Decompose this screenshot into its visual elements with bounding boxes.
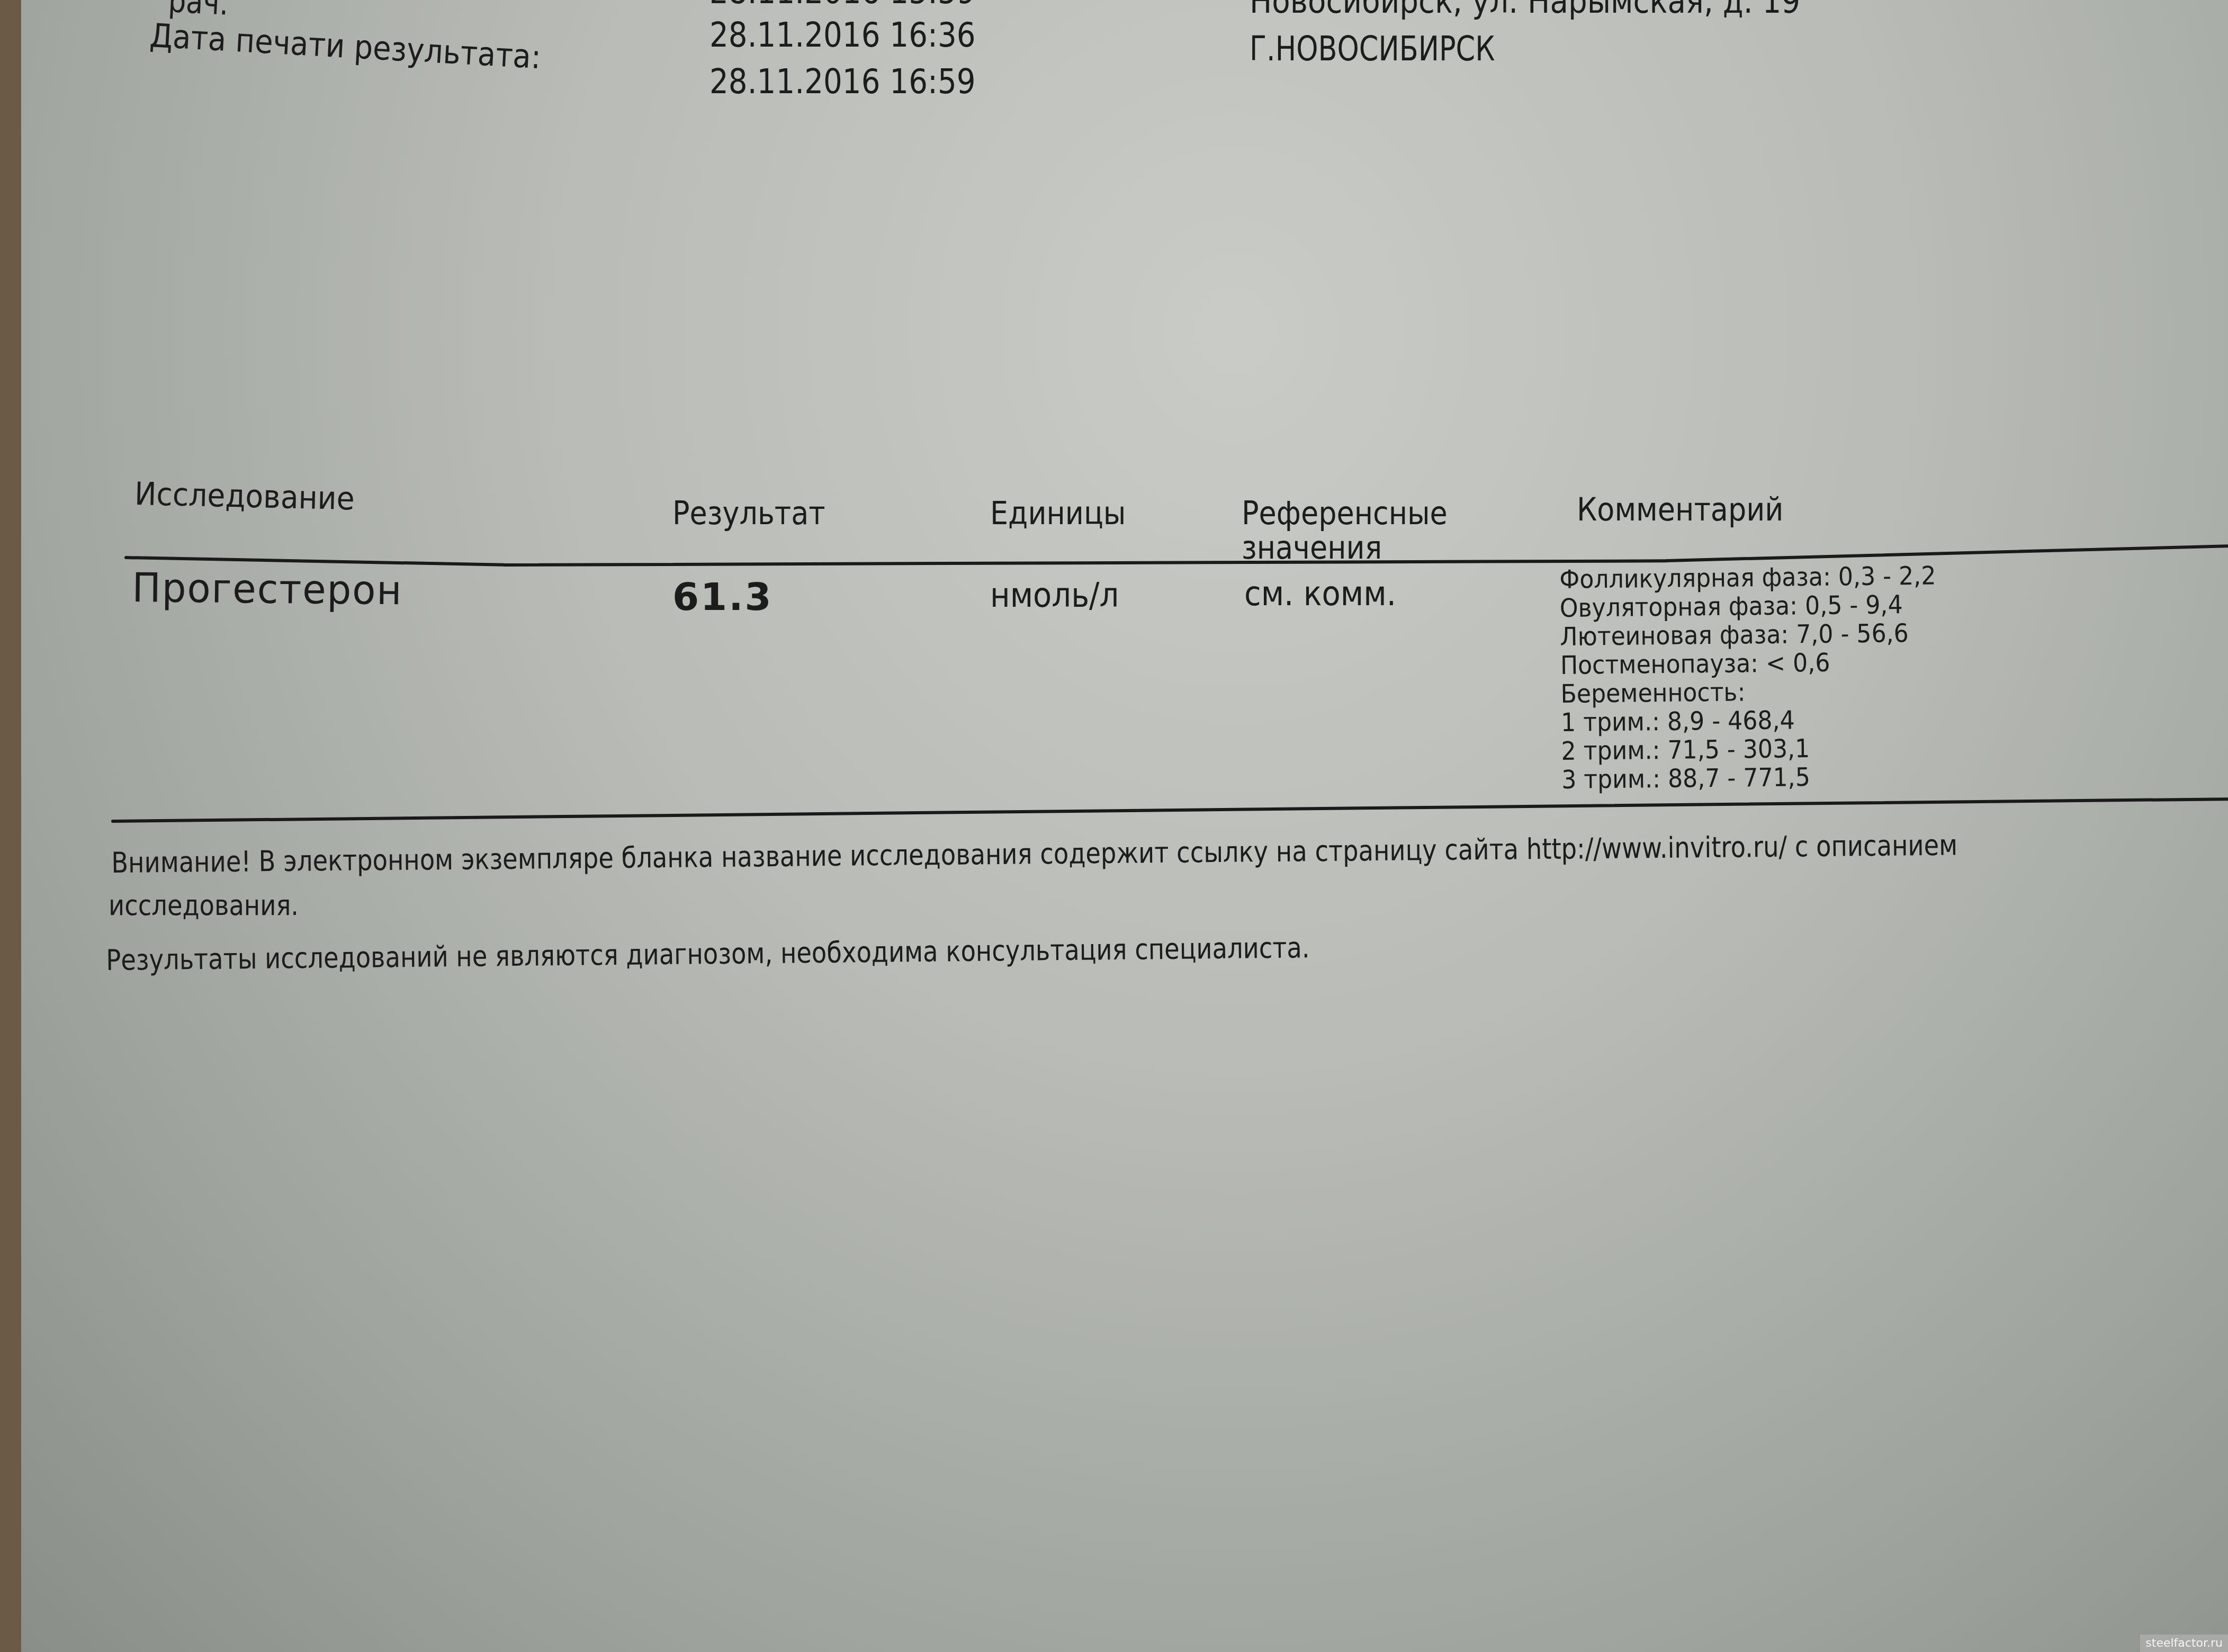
test-reference: см. комм. bbox=[1244, 574, 1396, 614]
test-result: 61.3 bbox=[672, 574, 773, 619]
attention-note-line2: исследования. bbox=[109, 888, 299, 922]
watermark: steelfactor.ru bbox=[2140, 1635, 2228, 1652]
comment-trimester-1: 1 трим.: 8,9 - 468,4 bbox=[1561, 705, 1938, 737]
comment-pregnancy-heading: Беременность: bbox=[1560, 676, 1937, 708]
lab-result-sheet: рач. 28.11.2016 15:59 28.11.2016 16:36 Д… bbox=[21, 0, 2228, 1652]
table-bottom-divider bbox=[111, 797, 2228, 823]
disclaimer-note: Результаты исследований не являются диаг… bbox=[106, 931, 1310, 977]
column-header-units: Единицы bbox=[990, 495, 1126, 532]
comment-ovulatory: Овуляторная фаза: 0,5 - 9,4 bbox=[1560, 590, 1937, 623]
received-date: 28.11.2016 16:36 bbox=[709, 16, 976, 55]
test-comment: Фолликулярная фаза: 0,3 - 2,2 Овуляторна… bbox=[1559, 562, 1938, 794]
comment-trimester-3: 3 трим.: 88,7 - 771,5 bbox=[1561, 762, 1938, 794]
comment-follicular: Фолликулярная фаза: 0,3 - 2,2 bbox=[1559, 562, 1936, 594]
column-header-comment: Комментарий bbox=[1577, 491, 1783, 528]
cut-top-date: 28.11.2016 15:59 bbox=[709, 0, 976, 12]
test-units: нмоль/л bbox=[990, 576, 1119, 615]
column-header-test: Исследование bbox=[134, 475, 355, 517]
column-header-reference: Референсные bbox=[1242, 495, 1448, 532]
test-name: Прогестерон bbox=[132, 564, 403, 614]
attention-note: Внимание! В электронном экземпляре бланк… bbox=[111, 829, 1957, 879]
header-divider-right bbox=[1665, 544, 2228, 562]
comment-postmenopause: Постменопауза: < 0,6 bbox=[1560, 648, 1937, 680]
header-divider-mid bbox=[503, 559, 1668, 567]
lab-city: Г.НОВОСИБИРСК bbox=[1250, 30, 1495, 69]
column-header-result: Результат bbox=[672, 495, 825, 532]
lab-address: Новосибирск, ул. Нарымская, д. 19 bbox=[1250, 0, 1800, 21]
print-date-label: Дата печати результата: bbox=[149, 16, 542, 76]
comment-trimester-2: 2 трим.: 71,5 - 303,1 bbox=[1561, 733, 1938, 766]
comment-luteal: Лютеиновая фаза: 7,0 - 56,6 bbox=[1560, 619, 1937, 651]
print-date-value: 28.11.2016 16:59 bbox=[709, 62, 976, 102]
